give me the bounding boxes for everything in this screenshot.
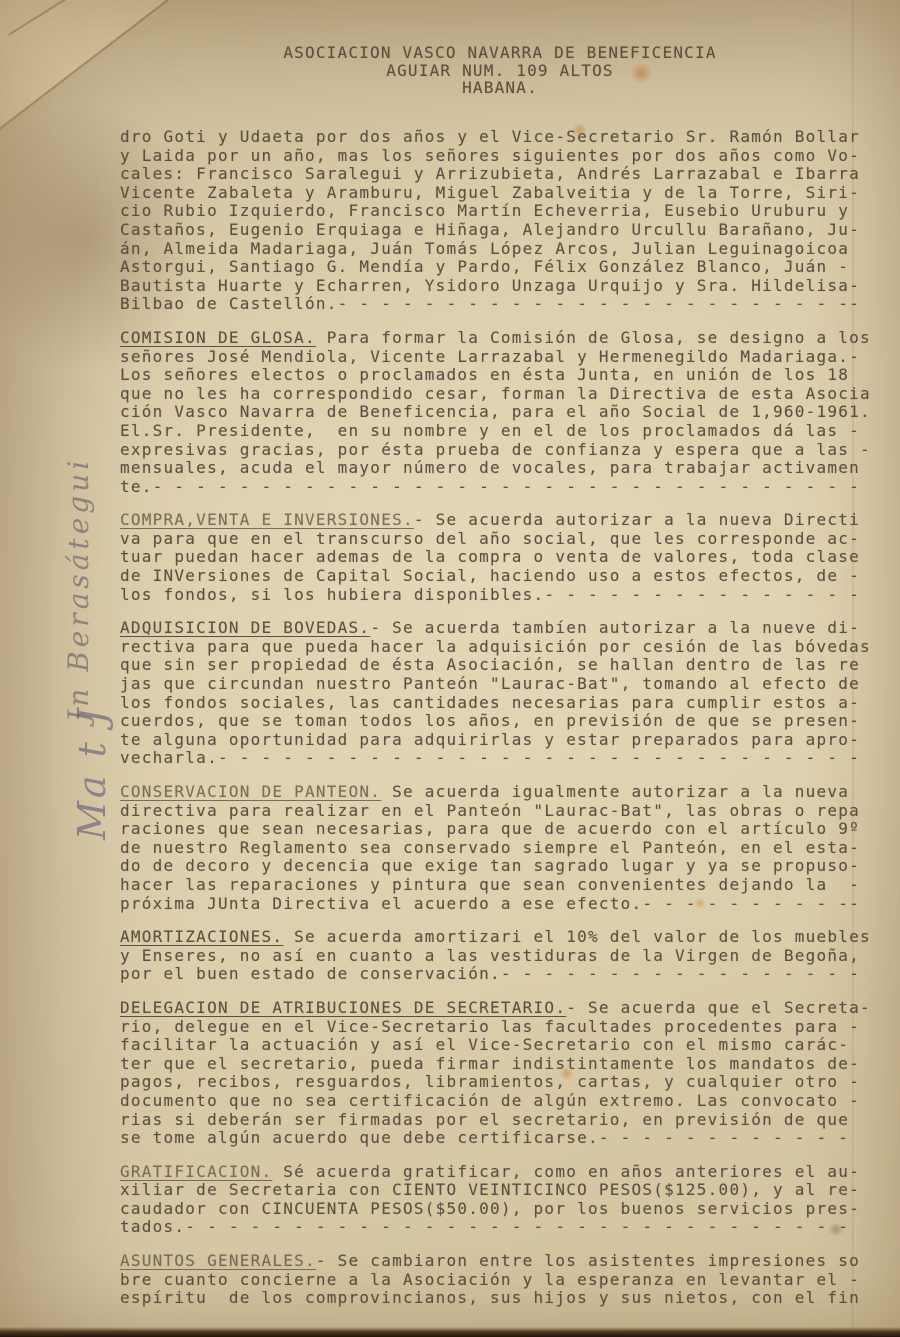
- section-heading: CONSERVACION DE PANTEON.: [120, 782, 381, 801]
- document-body: dro Goti y Udaeta por dos años y el Vice…: [120, 128, 900, 1323]
- handwritten-signature-blue-ink: Ma t J: [70, 640, 114, 840]
- org-city: HABANA.: [100, 79, 900, 97]
- section-heading: COMPRA,VENTA E INVERSIONES.: [120, 510, 414, 529]
- paragraph-text: Se acuerda igualmente autorizar a la nue…: [120, 782, 860, 913]
- paragraph-continuation: dro Goti y Udaeta por dos años y el Vice…: [120, 128, 900, 314]
- section-heading: DELEGACION DE ATRIBUCIONES DE SECRETARIO…: [120, 998, 566, 1017]
- signature-text: Ma t J: [70, 706, 114, 840]
- section-heading: ASUNTOS GENERALES.: [120, 1251, 316, 1270]
- section-comision-de-glosa: COMISION DE GLOSA. Para formar la Comisi…: [120, 329, 900, 496]
- handwritten-signature-pencil: Jn Berasátegui: [62, 392, 95, 722]
- paragraph-text: - Se acuerda tambíen autorizar a la nuev…: [120, 618, 871, 767]
- document-header: ASOCIACION VASCO NAVARRA DE BENEFICENCIA…: [100, 44, 900, 97]
- section-gratificacion: GRATIFICACION. Sé acuerda gratificar, co…: [120, 1163, 900, 1237]
- section-asuntos-generales: ASUNTOS GENERALES.- Se cambiaron entre l…: [120, 1252, 900, 1308]
- section-compra-venta-inversiones: COMPRA,VENTA E INVERSIONES.- Se acuerda …: [120, 511, 900, 604]
- section-heading: COMISION DE GLOSA.: [120, 328, 316, 347]
- signature-text: Jn Berasátegui: [62, 457, 95, 722]
- section-delegacion-de-atribuciones: DELEGACION DE ATRIBUCIONES DE SECRETARIO…: [120, 999, 900, 1148]
- paragraph-text: - Se acuerda que el Secreta- rio, delegu…: [120, 998, 871, 1147]
- paragraph-text: dro Goti y Udaeta por dos años y el Vice…: [120, 127, 860, 313]
- org-address: AGUIAR NUM. 109 ALTOS: [100, 62, 900, 80]
- paragraph-text: Para formar la Comisión de Glosa, se des…: [120, 328, 871, 496]
- org-name: ASOCIACION VASCO NAVARRA DE BENEFICENCIA: [100, 44, 900, 62]
- section-amortizaciones: AMORTIZACIONES. Se acuerda amortizari el…: [120, 928, 900, 984]
- photo-bottom-edge: [0, 1327, 900, 1337]
- section-conservacion-de-panteon: CONSERVACION DE PANTEON. Se acuerda igua…: [120, 783, 900, 913]
- section-adquisicion-de-bovedas: ADQUISICION DE BOVEDAS.- Se acuerda tamb…: [120, 619, 900, 768]
- section-heading: AMORTIZACIONES.: [120, 927, 283, 946]
- section-heading: GRATIFICACION.: [120, 1162, 272, 1181]
- section-heading: ADQUISICION DE BOVEDAS.: [120, 618, 370, 637]
- scanned-document-page: ASOCIACION VASCO NAVARRA DE BENEFICENCIA…: [0, 0, 900, 1337]
